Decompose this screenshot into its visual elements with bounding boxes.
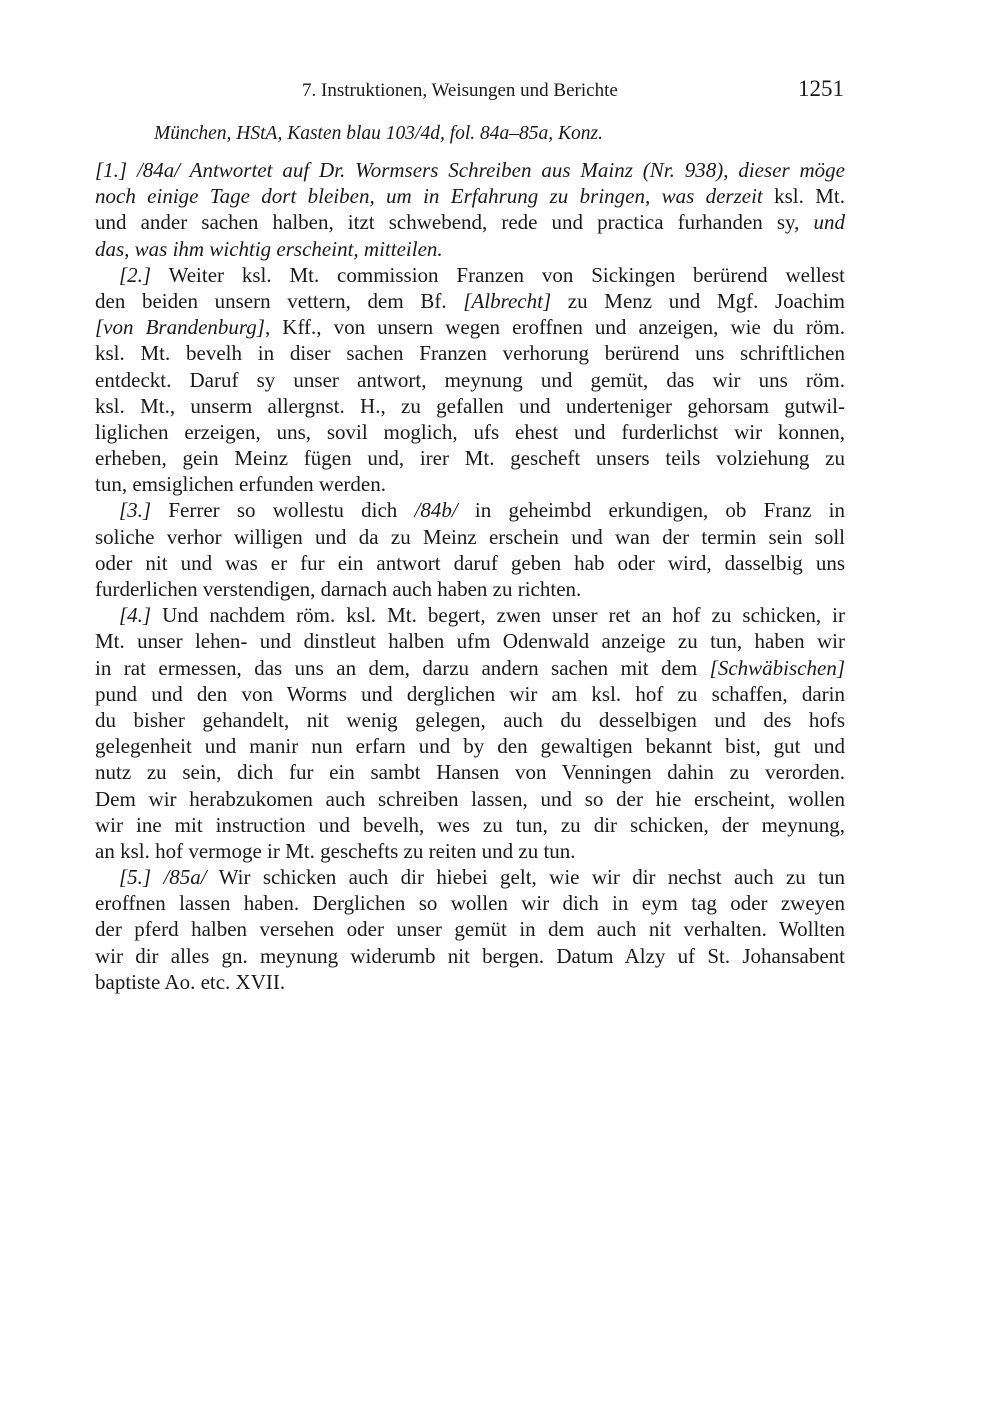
text-line: das, was ihm wichtig erscheint, mitteile… [95, 236, 845, 262]
text-segment: du bisher gehandelt, nit wenig gelegen, … [95, 708, 845, 732]
text-line: du bisher gehandelt, nit wenig gelegen, … [95, 707, 845, 733]
text-line: entdeckt. Daruf sy unser antwort, meynun… [95, 367, 845, 393]
italic-segment: [3.] [119, 498, 151, 522]
italic-segment: /84b/ [415, 498, 458, 522]
text-line: wir ine mit instruction und bevelh, wes … [95, 812, 845, 838]
text-line: gelegenheit und manir nun erfarn und by … [95, 733, 845, 759]
text-segment: ksl. Mt. [774, 184, 845, 208]
text-line: erheben, gein Meinz fügen und, irer Mt. … [95, 445, 845, 471]
italic-segment: [4.] [119, 603, 151, 627]
italic-segment: das, was ihm wichtig erscheint, mitteile… [95, 237, 443, 261]
paragraph: [2.] Weiter ksl. Mt. commission Franzen … [95, 262, 845, 498]
text-segment: baptiste Ao. etc. XVII. [95, 970, 285, 994]
text-segment: furderlichen verstendigen, darnach auch … [95, 577, 581, 601]
text-segment: ksl. Mt. bevelh in diser sachen Franzen … [95, 341, 845, 365]
text-line: soliche verhor willigen und da zu Meinz … [95, 524, 845, 550]
text-segment: gelegenheit und manir nun erfarn und by … [95, 734, 845, 758]
text-line: wir dir alles gn. meynung widerumb nit b… [95, 943, 845, 969]
source-citation: München, HStA, Kasten blau 103/4d, fol. … [154, 123, 603, 145]
text-segment: tun, emsiglichen erfunden werden. [95, 472, 386, 496]
text-segment: oder nit und was er fur ein antwort daru… [95, 551, 845, 575]
text-line: [3.] Ferrer so wollestu dich /84b/ in ge… [95, 497, 845, 523]
text-segment: entdeckt. Daruf sy unser antwort, meynun… [95, 368, 845, 392]
text-segment: wir ine mit instruction und bevelh, wes … [95, 813, 845, 837]
page-header: 7. Instruktionen, Weisungen und Berichte… [0, 80, 1004, 106]
text-line: den beiden unsern vettern, dem Bf. [Albr… [95, 288, 845, 314]
text-line: [2.] Weiter ksl. Mt. commission Franzen … [95, 262, 845, 288]
text-line: [von Brandenburg], Kff., von unsern wege… [95, 314, 845, 340]
text-segment: an ksl. hof vermoge ir Mt. geschefts zu … [95, 839, 576, 863]
text-segment: zu Menz und Mgf. Joachim [551, 289, 845, 313]
text-segment: liglichen erzeigen, uns, sovil moglich, … [95, 420, 845, 444]
text-line: oder nit und was er fur ein antwort daru… [95, 550, 845, 576]
text-segment: in geheimbd erkundigen, ob Franz in [458, 498, 845, 522]
italic-segment: und [814, 210, 846, 234]
text-segment: in rat ermessen, das uns an dem, darzu a… [95, 656, 710, 680]
text-line: [5.] /85a/ Wir schicken auch dir hiebei … [95, 864, 845, 890]
text-segment: Dem wir herabzukomen auch schreiben lass… [95, 787, 845, 811]
text-segment: Und nachdem röm. ksl. Mt. begert, zwen u… [151, 603, 845, 627]
paragraph: [5.] /85a/ Wir schicken auch dir hiebei … [95, 864, 845, 995]
text-line: der pferd halben versehen oder unser gem… [95, 916, 845, 942]
text-segment: Ferrer so wollestu dich [151, 498, 414, 522]
text-segment: der pferd halben versehen oder unser gem… [95, 917, 845, 941]
text-line: ksl. Mt., unserm allergnst. H., zu gefal… [95, 393, 845, 419]
text-segment: Mt. unser lehen- und dinstleut halben uf… [95, 629, 845, 653]
italic-segment: [Albrecht] [463, 289, 551, 313]
paragraph: [1.] /84a/ Antwortet auf Dr. Wormsers Sc… [95, 157, 845, 262]
text-segment: ksl. Mt., unserm allergnst. H., zu gefal… [95, 394, 845, 418]
text-line: liglichen erzeigen, uns, sovil moglich, … [95, 419, 845, 445]
text-line: [4.] Und nachdem röm. ksl. Mt. begert, z… [95, 602, 845, 628]
italic-segment: [von Brandenburg] [95, 315, 265, 339]
text-line: in rat ermessen, das uns an dem, darzu a… [95, 655, 845, 681]
text-line: tun, emsiglichen erfunden werden. [95, 471, 845, 497]
text-segment: pund und den von Worms und derglichen wi… [95, 682, 845, 706]
italic-segment: [5.] /85a/ [119, 865, 207, 889]
text-line: baptiste Ao. etc. XVII. [95, 969, 845, 995]
italic-segment: noch einige Tage dort bleiben, um in Erf… [95, 184, 774, 208]
text-line: noch einige Tage dort bleiben, um in Erf… [95, 183, 845, 209]
text-segment: Weiter ksl. Mt. commission Franzen von S… [151, 263, 845, 287]
italic-segment: [2.] [119, 263, 151, 287]
text-line: nutz zu sein, dich fur ein sambt Hansen … [95, 759, 845, 785]
text-segment: eroffnen lassen haben. Derglichen so wol… [95, 891, 845, 915]
paragraph: [3.] Ferrer so wollestu dich /84b/ in ge… [95, 497, 845, 602]
text-line: furderlichen verstendigen, darnach auch … [95, 576, 845, 602]
document-body: [1.] /84a/ Antwortet auf Dr. Wormsers Sc… [95, 157, 845, 995]
text-line: ksl. Mt. bevelh in diser sachen Franzen … [95, 340, 845, 366]
running-title: 7. Instruktionen, Weisungen und Berichte [302, 80, 618, 102]
text-segment: , Kff., von unsern wegen eroffnen und an… [265, 315, 845, 339]
text-segment: nutz zu sein, dich fur ein sambt Hansen … [95, 760, 845, 784]
text-segment: wir dir alles gn. meynung widerumb nit b… [95, 944, 845, 968]
text-segment: Wir schicken auch dir hiebei gelt, wie w… [207, 865, 845, 889]
italic-segment: [1.] /84a/ Antwortet auf Dr. Wormsers Sc… [95, 158, 845, 182]
text-line: Dem wir herabzukomen auch schreiben lass… [95, 786, 845, 812]
text-segment: und ander sachen halben, itzt schwebend,… [95, 210, 814, 234]
paragraph: [4.] Und nachdem röm. ksl. Mt. begert, z… [95, 602, 845, 864]
text-segment: den beiden unsern vettern, dem Bf. [95, 289, 463, 313]
text-line: und ander sachen halben, itzt schwebend,… [95, 209, 845, 235]
italic-segment: [Schwäbischen] [710, 656, 845, 680]
text-line: eroffnen lassen haben. Derglichen so wol… [95, 890, 845, 916]
text-line: pund und den von Worms und derglichen wi… [95, 681, 845, 707]
page-number: 1251 [798, 76, 844, 102]
text-segment: soliche verhor willigen und da zu Meinz … [95, 525, 845, 549]
text-line: an ksl. hof vermoge ir Mt. geschefts zu … [95, 838, 845, 864]
text-line: Mt. unser lehen- und dinstleut halben uf… [95, 628, 845, 654]
text-segment: erheben, gein Meinz fügen und, irer Mt. … [95, 446, 845, 470]
text-line: [1.] /84a/ Antwortet auf Dr. Wormsers Sc… [95, 157, 845, 183]
